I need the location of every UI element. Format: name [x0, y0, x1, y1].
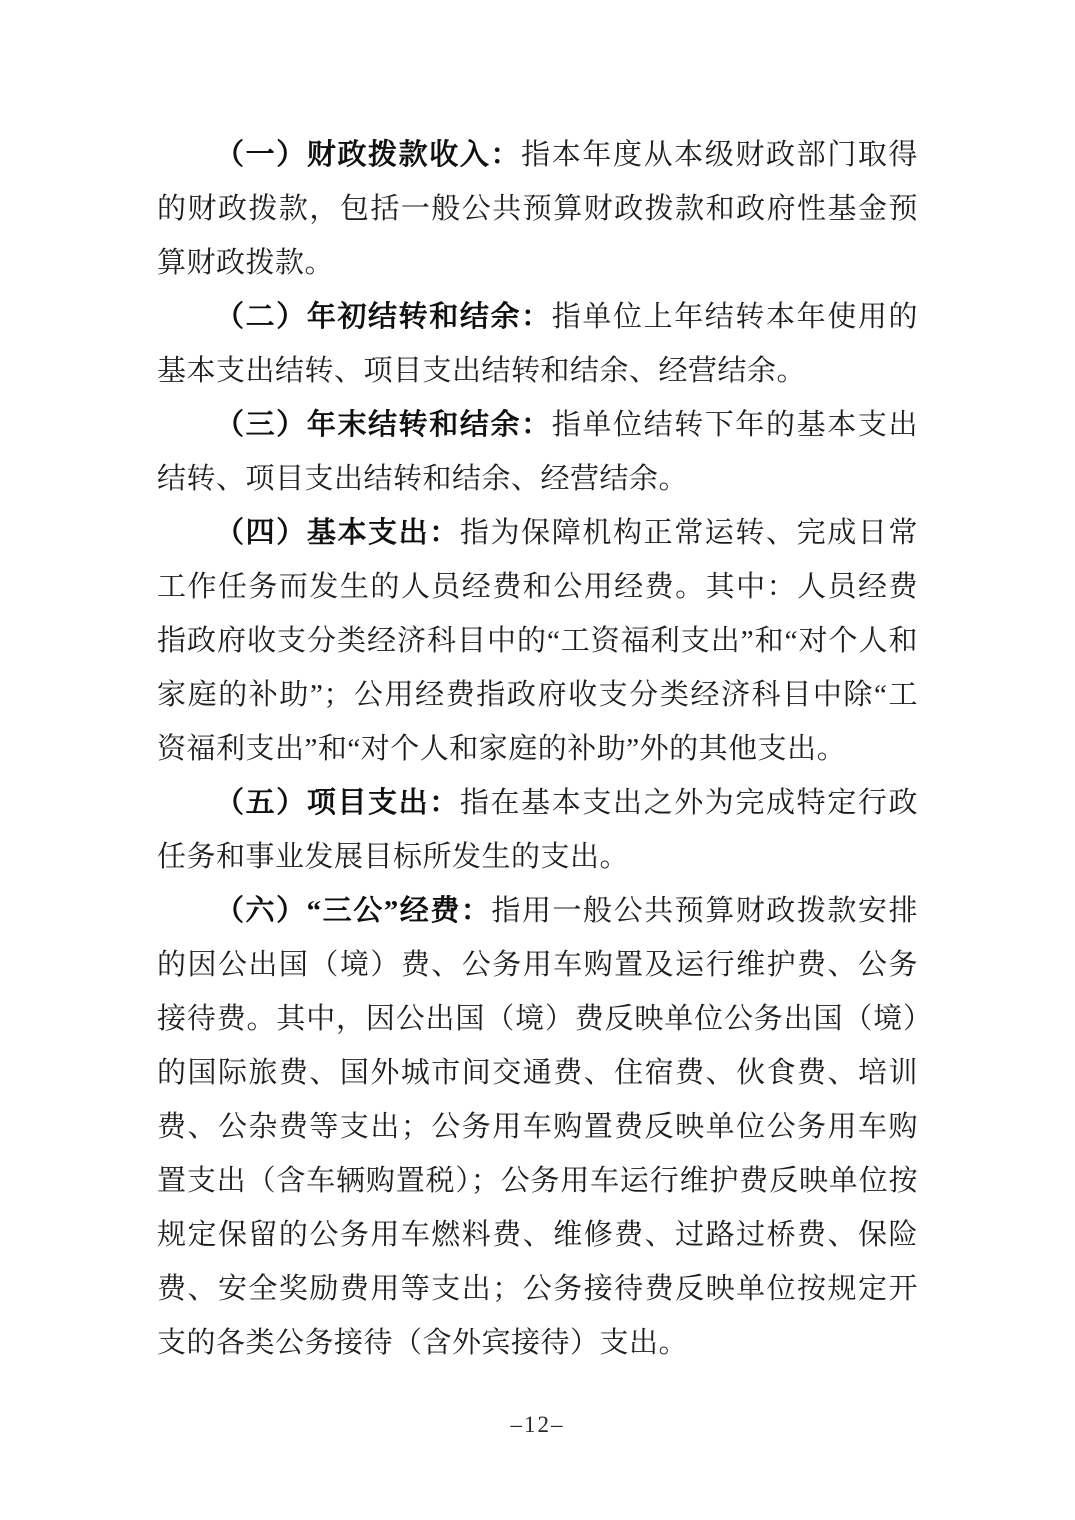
definition-paragraph-beginning-year-carryover: （二）年初结转和结余：指单位上年结转本年使用的基本支出结转、项目支出结转和结余、…: [157, 290, 918, 398]
term-label: （三）年末结转和结余：: [215, 409, 552, 441]
definition-paragraph-three-public-funds: （六）“三公”经费：指用一般公共预算财政拨款安排的因公出国（境）费、公务用车购置…: [157, 884, 918, 1370]
definition-paragraph-fiscal-appropriation-income: （一）财政拨款收入：指本年度从本级财政部门取得的财政拨款，包括一般公共预算财政拨…: [157, 128, 918, 290]
definition-paragraph-year-end-carryover: （三）年末结转和结余：指单位结转下年的基本支出结转、项目支出结转和结余、经营结余…: [157, 398, 918, 506]
term-label: （六）“三公”经费：: [215, 895, 491, 927]
definition-paragraph-basic-expenditure: （四）基本支出：指为保障机构正常运转、完成日常工作任务而发生的人员经费和公用经费…: [157, 506, 918, 776]
definition-paragraph-project-expenditure: （五）项目支出：指在基本支出之外为完成特定行政任务和事业发展目标所发生的支出。: [157, 776, 918, 884]
page-number: –12–: [0, 1412, 1075, 1438]
term-label: （一）财政拨款收入：: [215, 139, 521, 171]
term-definition: 指用一般公共预算财政拨款安排的因公出国（境）费、公务用车购置及运行维护费、公务接…: [157, 895, 918, 1359]
term-label: （五）项目支出：: [215, 787, 460, 819]
term-label: （二）年初结转和结余：: [215, 301, 552, 333]
term-label: （四）基本支出：: [215, 517, 460, 549]
document-page: （一）财政拨款收入：指本年度从本级财政部门取得的财政拨款，包括一般公共预算财政拨…: [157, 128, 918, 1370]
term-definition: 指为保障机构正常运转、完成日常工作任务而发生的人员经费和公用经费。其中：人员经费…: [157, 517, 918, 765]
